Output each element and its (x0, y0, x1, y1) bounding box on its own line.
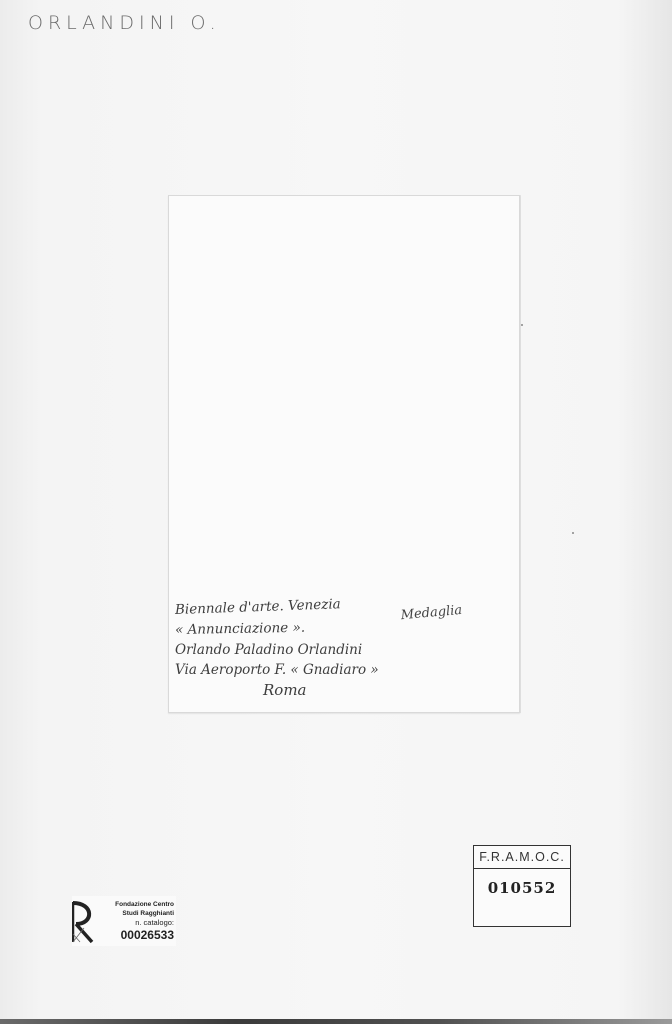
ragghianti-r-logo-icon (72, 900, 94, 944)
inscription-addendum: Medaglia (400, 601, 463, 626)
catalog-number: 00026533 (100, 928, 174, 942)
photo-back-card: Biennale d'arte. Venezia « Annunciazione… (168, 195, 520, 713)
stamp-number: 010552 (474, 879, 570, 897)
scan-bottom-edge (0, 1019, 672, 1024)
inscription-line-3: Orlando Paladino Orlandini (175, 640, 515, 660)
catalog-text: Fondazione Centro Studi Ragghianti n. ca… (100, 900, 174, 942)
catalog-org-line-1: Fondazione Centro (100, 900, 174, 909)
dust-speck (572, 532, 574, 534)
inscription-line-4: Via Aeroporto F. « Gnadiaro » (175, 660, 515, 680)
dust-speck (521, 324, 523, 326)
handwritten-name-label: ORLANDINI O. (28, 12, 221, 34)
catalog-number-label: n. catalogo: (100, 918, 174, 928)
inscription-line-2-text: « Annunciazione ». (175, 620, 305, 638)
stamp-header: F.R.A.M.O.C. (474, 846, 570, 869)
framoc-stamp: F.R.A.M.O.C. 010552 (473, 845, 571, 927)
catalog-org-line-2: Studi Ragghianti (100, 909, 174, 918)
catalog-label: Fondazione Centro Studi Ragghianti n. ca… (72, 896, 176, 946)
handwritten-inscription: Biennale d'arte. Venezia « Annunciazione… (175, 600, 515, 700)
dust-speck (300, 608, 301, 609)
inscription-line-5: Roma (175, 680, 515, 700)
